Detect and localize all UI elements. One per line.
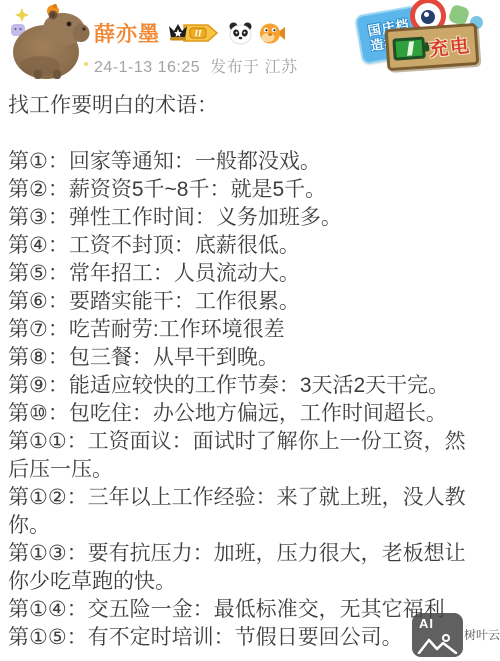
post-header: 薛亦墨 II 24-1-13 [0,0,500,88]
avatar[interactable] [6,4,90,80]
ai-label: AI [419,616,434,631]
post-line-5: 第⑤：常年招工：人员流动大。 [8,260,486,288]
watermark-brand: 树叶云 [464,626,500,643]
post-line-1: 第①：回家等通知：一般都没戏。 [8,148,486,176]
post-source: 发布于 江苏 [210,59,297,76]
post-body: 找工作要明白的术语： 第①：回家等通知：一般都没戏。 第②：薪资资5千~8千：就… [8,92,486,652]
vip-crown-badge-icon: II [166,21,222,45]
pufferfish-icon [259,21,285,46]
post-line-4: 第④：工资不封顶：底薪很低。 [8,232,486,260]
post-line-12: 第①②：三年以上工作经验：来了就上班，没人教你。 [8,484,486,540]
capybara-avatar-icon [6,4,90,80]
charge-label: 充电 [428,30,473,61]
user-info-row: 薛亦墨 II [94,20,285,46]
panda-face-icon [228,21,253,46]
ai-image-watermark: AI [412,613,463,657]
post-timestamp: 24-1-13 16:25发布于 江苏 [94,54,298,77]
post-line-13: 第①③：要有抗压力：加班，压力很大，老板想让你少吃草跑的快。 [8,540,486,596]
post-title: 找工作要明白的术语： [8,92,486,120]
post-line-10: 第⑩：包吃住：办公地方偏远，工作时间超长。 [8,400,486,428]
post-line-6: 第⑥：要踏实能干：工作很累。 [8,288,486,316]
username[interactable]: 薛亦墨 [94,18,160,48]
post-line-3: 第③：弹性工作时间：义务加班多。 [8,204,486,232]
promo-sticker: 国庆档 造梗高 充电 [352,2,498,76]
post-line-8: 第⑧：包三餐：从早干到晚。 [8,344,486,372]
post-line-2: 第②：薪资资5千~8千：就是5千。 [8,176,486,204]
post-time: 24-1-13 16:25 [94,59,200,76]
mountain-photo-icon [416,632,459,654]
charge-banner: 充电 [385,23,480,71]
battery-charging-icon [392,37,425,61]
post-line-9: 第⑨：能适应较快的工作节奏：3天活2天干完。 [8,372,486,400]
post-line-11: 第①①：工资面议：面试时了解你上一份工资，然后压一压。 [8,428,486,484]
post-line-7: 第⑦：吃苦耐劳:工作环境很差 [8,316,486,344]
svg-text:II: II [193,29,202,39]
